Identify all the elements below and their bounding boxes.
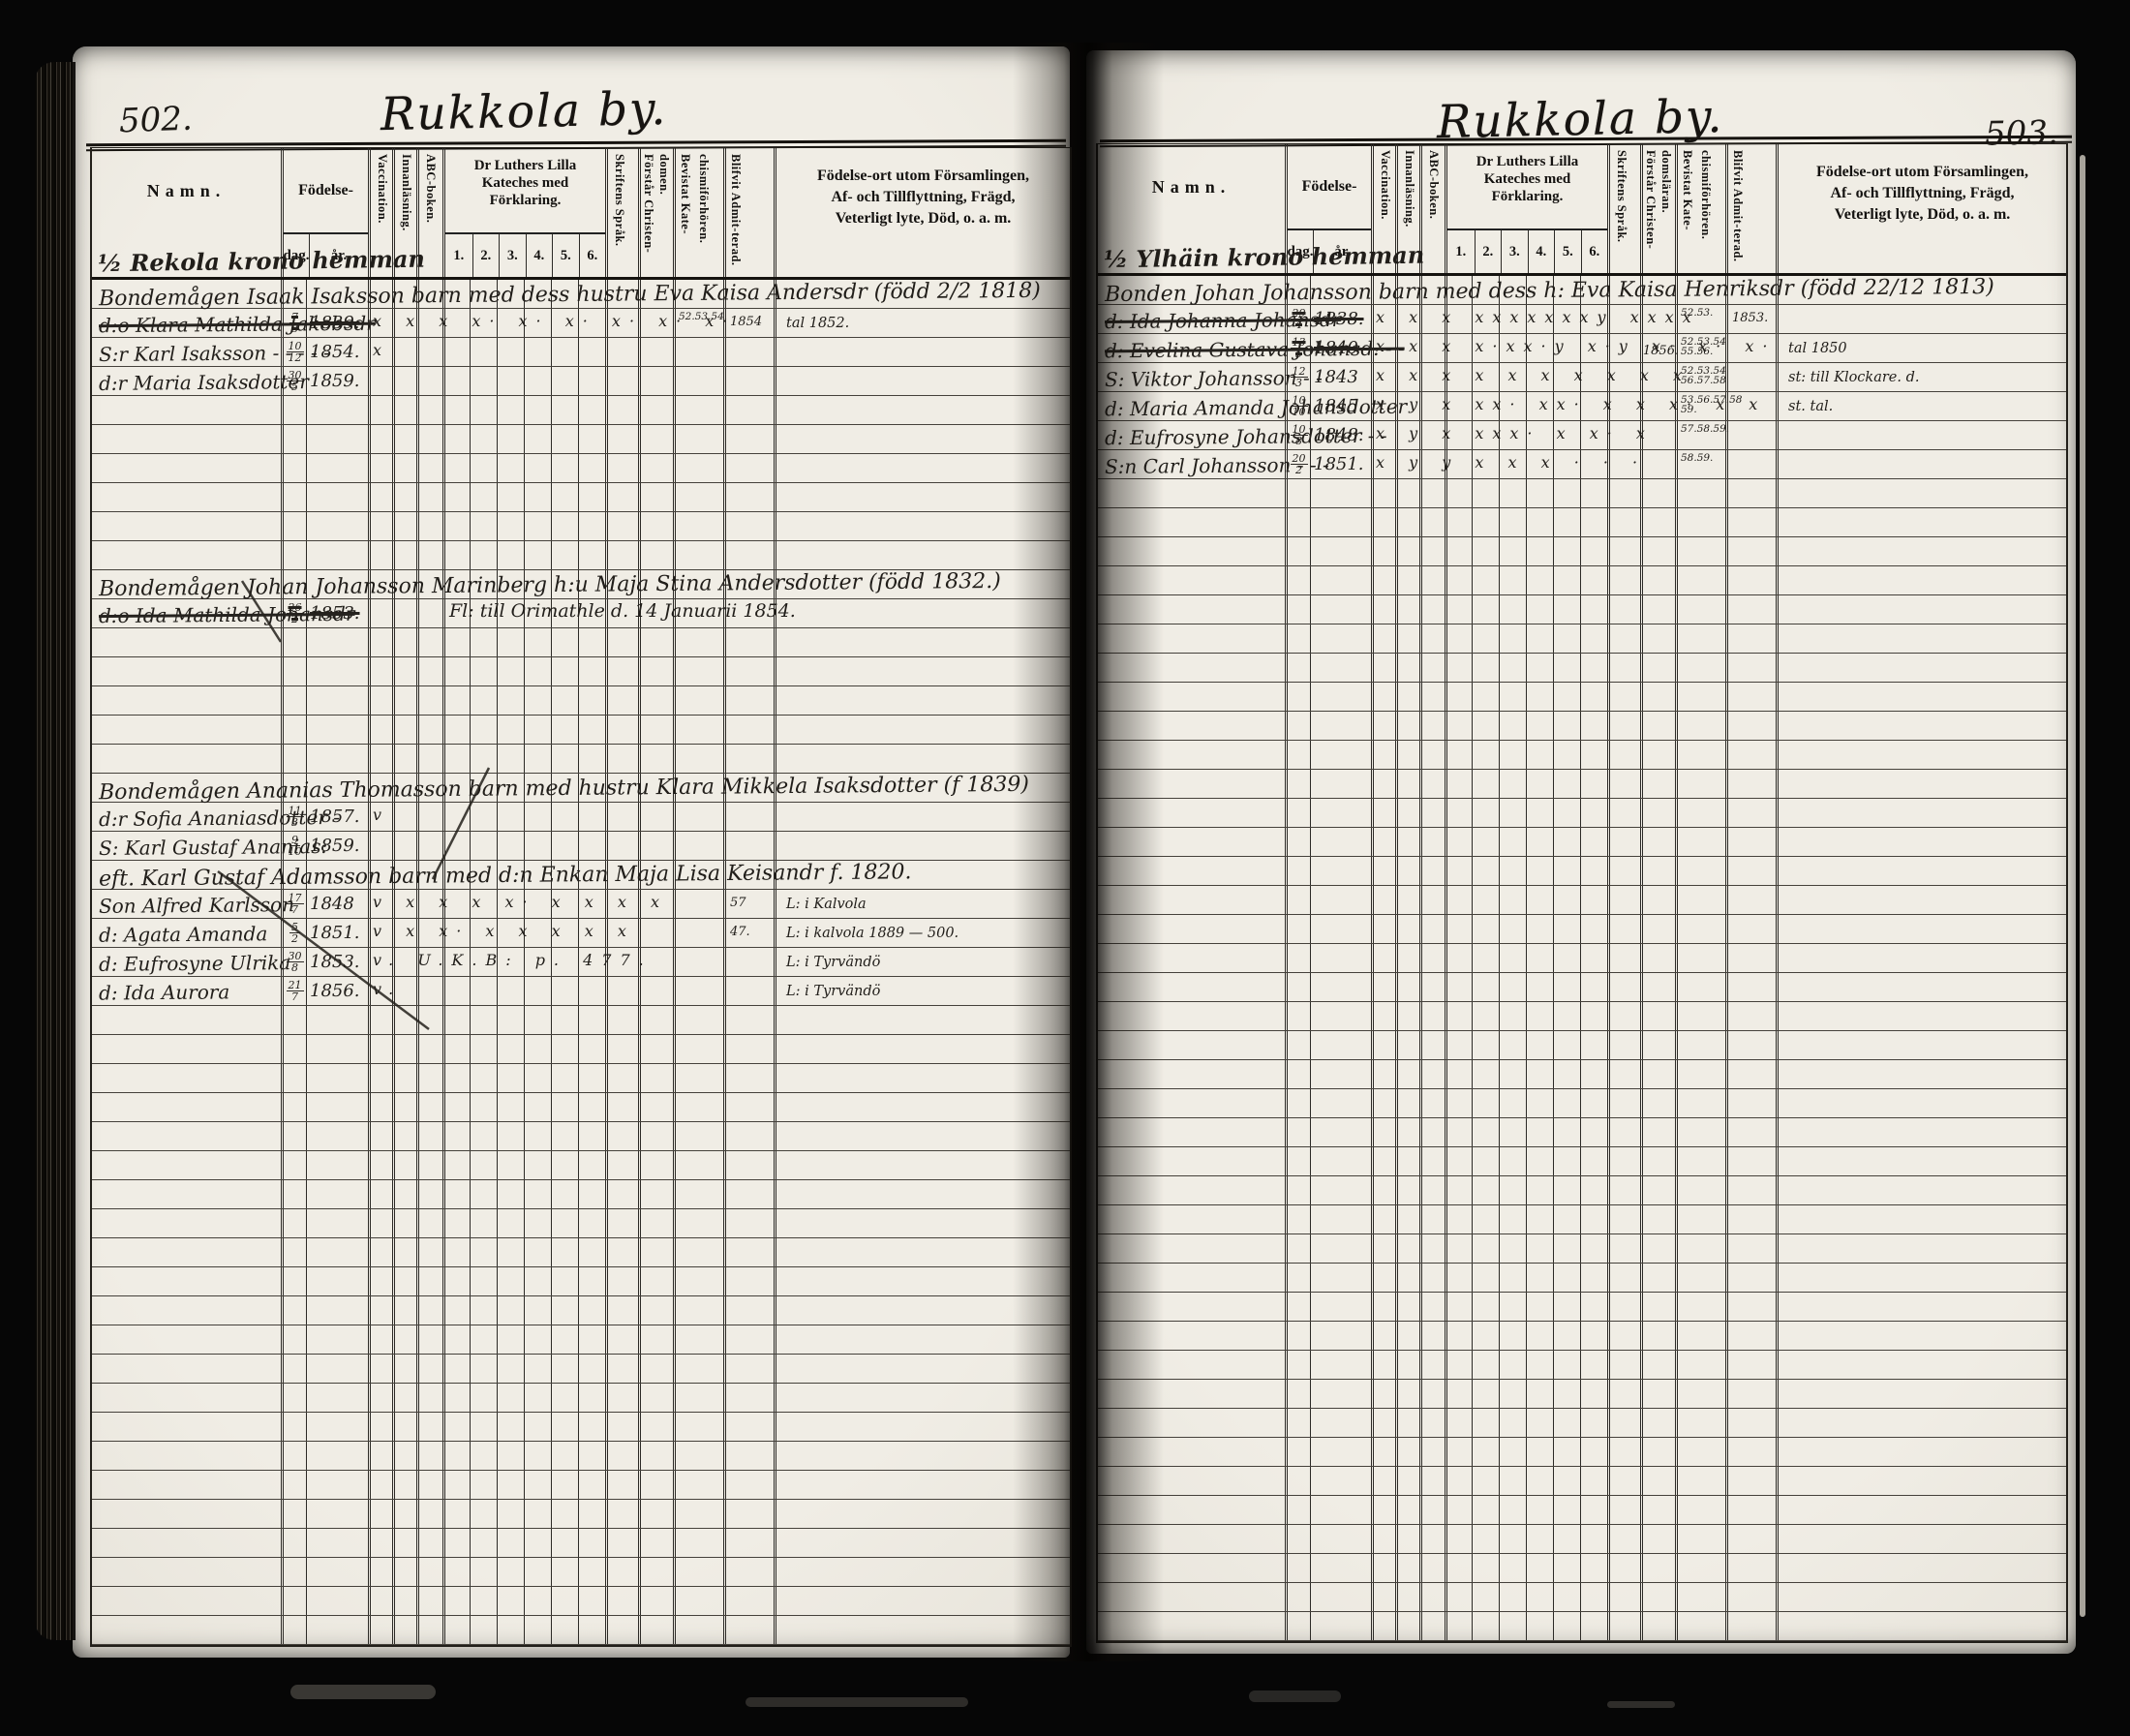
cell-ar	[306, 1355, 368, 1383]
cell-christen	[1640, 857, 1675, 885]
cell-christen	[1640, 624, 1675, 653]
fodelse-label: Födelse-	[1288, 144, 1371, 228]
cell-k2	[1472, 886, 1499, 914]
cell-name	[92, 396, 281, 424]
cell-note	[1776, 1176, 2066, 1204]
kateches-line2: Kateches med	[445, 174, 605, 192]
cell-k5	[1553, 508, 1580, 536]
cell-k2	[1472, 1002, 1499, 1030]
cell-bevistat	[673, 1355, 723, 1383]
cell-christen	[638, 1587, 673, 1615]
cell-name: d: Ida Johanna Johansdr	[1098, 305, 1285, 333]
empty-ruled-row	[1098, 741, 2066, 770]
cell-bevistat	[1675, 1147, 1725, 1175]
cell-admit	[723, 1296, 774, 1325]
cell-note	[774, 512, 1070, 540]
cell-bevistat	[673, 396, 723, 424]
scanned-register-spread: { "colors": {"background": "#060606", "p…	[0, 0, 2130, 1736]
cell-k1	[1445, 537, 1472, 565]
cell-k5	[1553, 1118, 1580, 1146]
cell-k5	[1553, 944, 1580, 972]
cell-k1	[442, 745, 470, 773]
cell-bevistat	[673, 1413, 723, 1441]
cell-name	[92, 1151, 281, 1179]
cell-dag	[1285, 654, 1310, 682]
cell-ar	[1310, 741, 1371, 769]
header-skriftens-sprak: Skriftens Språk.	[1607, 144, 1640, 273]
cell-admit	[1725, 799, 1776, 827]
cell-abc	[416, 338, 442, 366]
cell-bevistat	[1675, 1467, 1725, 1495]
cell-bevistat	[673, 1122, 723, 1150]
cell-bevistat	[673, 1325, 723, 1354]
cell-admit	[1725, 1293, 1776, 1321]
cell-bevistat	[1675, 1380, 1725, 1408]
cell-k1	[442, 367, 470, 395]
cell-christen	[638, 1064, 673, 1092]
cell-k4	[524, 628, 551, 656]
cell-vacc	[1371, 1002, 1395, 1030]
cell-admit: 57	[723, 890, 774, 918]
cell-christen	[1640, 1060, 1675, 1088]
cell-ar	[306, 716, 368, 744]
empty-ruled-row	[92, 1500, 1070, 1529]
cell-dag	[1285, 508, 1310, 536]
cell-k3	[1499, 683, 1526, 711]
cell-dag: 52	[281, 919, 306, 947]
cell-vacc	[368, 1529, 392, 1557]
cell-k1	[442, 1093, 470, 1121]
cell-innan	[392, 454, 416, 482]
cell-k3	[497, 1500, 524, 1528]
cell-ar	[1310, 683, 1371, 711]
cell-admit: 47.	[723, 919, 774, 947]
cell-ar	[306, 1180, 368, 1208]
cell-dag	[281, 1413, 306, 1441]
empty-ruled-row	[1098, 537, 2066, 566]
cell-note	[1776, 1583, 2066, 1611]
cell-name	[92, 1035, 281, 1063]
empty-ruled-row	[92, 483, 1070, 512]
cell-christen	[638, 425, 673, 453]
cell-sprak	[605, 1442, 638, 1470]
cell-christen	[638, 1006, 673, 1034]
cell-vacc	[368, 1384, 392, 1412]
cell-k5	[551, 628, 578, 656]
cell-ar	[306, 1471, 368, 1499]
cell-dag	[281, 1442, 306, 1470]
cell-k2	[470, 1238, 497, 1266]
empty-ruled-row	[92, 628, 1070, 657]
cell-k6	[1580, 770, 1607, 798]
cell-christen	[1640, 537, 1675, 565]
person-row: d:o Ida Mathilda Johansdr2621853.Fl: til…	[92, 599, 1070, 628]
cell-k3	[1499, 1612, 1526, 1640]
cell-admit	[723, 686, 774, 715]
cell-k1	[1445, 1496, 1472, 1524]
cell-innan	[392, 1500, 416, 1528]
cell-dag	[1285, 1176, 1310, 1204]
empty-ruled-row	[1098, 508, 2066, 537]
cell-k2	[1472, 1351, 1499, 1379]
cell-k3	[497, 425, 524, 453]
cell-name: d: Ida Aurora	[92, 977, 281, 1005]
cell-k1	[442, 1122, 470, 1150]
cell-innan	[392, 425, 416, 453]
empty-ruled-row	[1098, 1118, 2066, 1147]
cell-k5	[1553, 973, 1580, 1001]
cell-admit	[1725, 1234, 1776, 1263]
cell-ar	[306, 1587, 368, 1615]
cell-innan	[392, 1180, 416, 1208]
cell-dag	[1285, 1322, 1310, 1350]
empty-ruled-row	[1098, 944, 2066, 973]
cell-k5	[551, 686, 578, 715]
cell-admit	[723, 454, 774, 482]
cell-note	[774, 1035, 1070, 1063]
cell-dag	[281, 512, 306, 540]
register-table-left: Namn. ½ Rekola krono hemman Födelse- dag…	[90, 147, 1072, 1647]
cell-innan	[1395, 944, 1419, 972]
cell-bevistat	[1675, 741, 1725, 769]
cell-k1	[442, 1325, 470, 1354]
cell-vacc	[1371, 1467, 1395, 1495]
empty-ruled-row	[92, 1413, 1070, 1442]
cell-abc	[416, 686, 442, 715]
cell-k2	[470, 686, 497, 715]
cell-innan	[392, 541, 416, 569]
cell-vacc	[1371, 857, 1395, 885]
cell-name: Bonden Johan Johansson barn med dess h: …	[1098, 276, 1285, 304]
cell-name	[1098, 1351, 1285, 1379]
cell-christen	[1640, 1409, 1675, 1437]
cell-note: L: i Tyrvändö	[774, 948, 1070, 976]
cell-name	[1098, 1380, 1285, 1408]
person-row: Son Alfred Karlsson1771848v x x x x· x x…	[92, 890, 1070, 919]
cell-christen	[1640, 1118, 1675, 1146]
kateches-num-3: 3.	[499, 234, 526, 277]
cell-name	[1098, 1234, 1285, 1263]
cell-admit	[1725, 1496, 1776, 1524]
cell-innan	[1395, 1031, 1419, 1059]
cell-christen	[1640, 566, 1675, 594]
cell-k2	[1472, 828, 1499, 856]
cell-name	[1098, 1409, 1285, 1437]
cell-k5	[1553, 624, 1580, 653]
cell-christen	[638, 541, 673, 569]
cell-name	[1098, 508, 1285, 536]
kateches-line1: Dr Luthers Lilla	[445, 157, 605, 174]
cell-abc	[1419, 973, 1445, 1001]
cell-vacc	[1371, 1583, 1395, 1611]
cell-name	[1098, 828, 1285, 856]
cell-k1	[1445, 508, 1472, 536]
cell-vacc	[1371, 683, 1395, 711]
cell-k1	[442, 716, 470, 744]
cell-innan	[1395, 799, 1419, 827]
cell-name	[1098, 1176, 1285, 1204]
empty-ruled-row	[1098, 1409, 2066, 1438]
cell-note	[1776, 1525, 2066, 1553]
cell-k1	[1445, 1060, 1472, 1088]
cell-sprak	[1607, 1176, 1640, 1204]
cell-vacc	[1371, 1496, 1395, 1524]
cell-dag	[1285, 770, 1310, 798]
cell-k6	[1580, 1118, 1607, 1146]
cell-bevistat	[673, 1500, 723, 1528]
cell-innan	[392, 1442, 416, 1470]
cell-sprak	[1607, 1205, 1640, 1233]
cell-sprak	[605, 512, 638, 540]
cell-sprak	[1607, 566, 1640, 594]
cell-k6	[1580, 1293, 1607, 1321]
cell-k5	[551, 1355, 578, 1383]
cell-k5	[1553, 799, 1580, 827]
cell-ar: 1851.	[306, 919, 368, 947]
cell-dag	[281, 1006, 306, 1034]
cell-vacc	[1371, 944, 1395, 972]
cell-dag	[1285, 1234, 1310, 1263]
cell-christen	[1640, 1031, 1675, 1059]
cell-name: Bondemågen Isaak Isaksson barn med dess …	[92, 280, 281, 308]
cell-abc	[416, 1035, 442, 1063]
cell-abc	[416, 628, 442, 656]
cell-admit	[723, 1355, 774, 1383]
cell-k3	[497, 1616, 524, 1644]
cell-abc	[416, 716, 442, 744]
fodelseort-line3: Veterligt lyte, Död, o. a. m.	[1779, 204, 2066, 226]
cell-note	[774, 1442, 1070, 1470]
person-row: d: Ida Aurora2171856.v.L: i Tyrvändö	[92, 977, 1070, 1006]
cell-ar	[1310, 1147, 1371, 1175]
cell-k4	[1526, 508, 1553, 536]
cell-k1	[442, 425, 470, 453]
cell-innan	[1395, 741, 1419, 769]
cell-innan	[1395, 1554, 1419, 1582]
cell-ar	[306, 1500, 368, 1528]
cell-k5	[1553, 1147, 1580, 1175]
cell-bevistat	[1675, 1583, 1725, 1611]
cell-k1	[1445, 857, 1472, 885]
cell-name	[1098, 1438, 1285, 1466]
cell-admit	[1725, 683, 1776, 711]
cell-ar	[306, 1558, 368, 1586]
cell-dag	[281, 1238, 306, 1266]
cell-admit	[1725, 595, 1776, 624]
cell-k3	[1499, 973, 1526, 1001]
cell-k6	[1580, 566, 1607, 594]
cell-k5	[1553, 1409, 1580, 1437]
cell-admit	[723, 1587, 774, 1615]
cell-sprak	[1607, 1351, 1640, 1379]
cell-note	[774, 1180, 1070, 1208]
empty-ruled-row	[1098, 915, 2066, 944]
cell-k1	[442, 832, 470, 860]
cell-bevistat	[673, 1442, 723, 1470]
cell-k3	[497, 716, 524, 744]
cell-k6	[578, 1558, 605, 1586]
cell-name	[1098, 537, 1285, 565]
cell-k3	[497, 657, 524, 685]
cell-dag	[1285, 537, 1310, 565]
cell-k4	[524, 1616, 551, 1644]
cell-innan	[1395, 624, 1419, 653]
cell-k5	[551, 1151, 578, 1179]
person-row: S:n Carl Johansson - - -2021851.x y y x …	[1098, 450, 2066, 479]
cell-abc	[1419, 1176, 1445, 1204]
cell-dag	[281, 1122, 306, 1150]
cell-k4	[1526, 712, 1553, 740]
cell-innan	[392, 1122, 416, 1150]
cell-christen	[1640, 1380, 1675, 1408]
cell-ar	[1310, 973, 1371, 1001]
cell-abc	[1419, 683, 1445, 711]
cell-k3	[1499, 479, 1526, 507]
cell-k4	[524, 1325, 551, 1354]
cell-k5	[551, 1558, 578, 1586]
cell-christen	[1640, 1176, 1675, 1204]
cell-k1	[442, 1616, 470, 1644]
cell-abc	[1419, 1496, 1445, 1524]
cell-k4	[524, 1500, 551, 1528]
cell-christen	[638, 803, 673, 831]
cell-k1	[1445, 828, 1472, 856]
cell-k4	[1526, 1060, 1553, 1088]
cell-k2	[1472, 1118, 1499, 1146]
cell-ar	[1310, 1438, 1371, 1466]
cell-k6	[1580, 1554, 1607, 1582]
cell-k2	[1472, 479, 1499, 507]
cell-bevistat	[673, 1267, 723, 1295]
left-page: 502. Rukkola by. Namn. ½ Rekola krono he…	[73, 46, 1070, 1658]
cell-k3	[497, 1558, 524, 1586]
cell-sprak	[1607, 1060, 1640, 1088]
cell-k2	[1472, 1147, 1499, 1175]
cell-ar	[306, 1035, 368, 1063]
cell-innan	[392, 1384, 416, 1412]
cell-name	[1098, 1525, 1285, 1553]
cell-vacc	[368, 1180, 392, 1208]
cell-dag: 217	[281, 977, 306, 1005]
cell-k4	[1526, 1118, 1553, 1146]
cell-bevistat	[1675, 654, 1725, 682]
cell-innan	[1395, 1118, 1419, 1146]
cell-k6	[578, 1064, 605, 1092]
cell-sprak	[605, 1296, 638, 1325]
cell-abc	[1419, 1060, 1445, 1088]
cell-k1	[1445, 1351, 1472, 1379]
cell-dag	[1285, 1002, 1310, 1030]
cell-ar	[1310, 1118, 1371, 1146]
empty-ruled-row	[92, 454, 1070, 483]
cell-name	[92, 1587, 281, 1615]
kateches-num-2: 2.	[472, 234, 500, 277]
cell-k4	[524, 454, 551, 482]
cell-bevistat	[1675, 1525, 1725, 1553]
cell-dag	[281, 628, 306, 656]
cell-bevistat	[1675, 566, 1725, 594]
cell-christen	[1640, 1612, 1675, 1640]
cell-admit	[723, 948, 774, 976]
empty-ruled-row	[1098, 712, 2066, 741]
cell-dag	[281, 1471, 306, 1499]
header-bevistat-katechismiforhoren: Bevistat Kate-chismiförhören.	[1675, 144, 1725, 273]
cell-vacc	[368, 1500, 392, 1528]
cell-k5	[551, 1209, 578, 1237]
cell-abc	[1419, 886, 1445, 914]
cell-bevistat	[1675, 1089, 1725, 1117]
cell-bevistat: 58.59.	[1675, 450, 1725, 478]
cell-k6	[578, 1529, 605, 1557]
cell-k3	[1499, 1467, 1526, 1495]
cell-sprak	[1607, 595, 1640, 624]
cell-k5	[1553, 1264, 1580, 1292]
cell-dag	[1285, 857, 1310, 885]
cell-k1	[1445, 1031, 1472, 1059]
cell-k1	[442, 338, 470, 366]
cell-note	[1776, 1264, 2066, 1292]
empty-ruled-row	[1098, 1496, 2066, 1525]
cell-bevistat	[673, 512, 723, 540]
cell-abc	[416, 1616, 442, 1644]
cell-k6	[578, 686, 605, 715]
cell-dag	[1285, 479, 1310, 507]
cell-vacc	[1371, 624, 1395, 653]
cell-abc	[416, 1413, 442, 1441]
cell-abc	[416, 512, 442, 540]
empty-ruled-row	[92, 716, 1070, 745]
cell-abc	[416, 657, 442, 685]
cell-sprak	[605, 1180, 638, 1208]
cell-innan	[392, 1006, 416, 1034]
cell-k5	[551, 1238, 578, 1266]
cell-christen	[1640, 915, 1675, 943]
cell-k4	[524, 1006, 551, 1034]
cell-k5	[551, 745, 578, 773]
cell-ar	[306, 745, 368, 773]
cell-k5	[1553, 1380, 1580, 1408]
cell-name	[92, 1442, 281, 1470]
kateches-numbers: 1. 2. 3. 4. 5. 6.	[1447, 228, 1607, 273]
cell-k6	[578, 832, 605, 860]
cell-vacc	[1371, 1438, 1395, 1466]
empty-ruled-row	[1098, 683, 2066, 712]
cell-sprak	[605, 1616, 638, 1644]
cell-dag	[1285, 1380, 1310, 1408]
cell-k2	[470, 977, 497, 1005]
cell-name	[1098, 1264, 1285, 1292]
cell-k4	[1526, 1031, 1553, 1059]
cell-name	[92, 1384, 281, 1412]
person-row: d: Agata Amanda521851.v x x· x x x x x47…	[92, 919, 1070, 948]
cell-k6	[578, 1209, 605, 1237]
cell-christen	[638, 716, 673, 744]
cell-ar	[1310, 915, 1371, 943]
cell-k6	[578, 1384, 605, 1412]
cell-k6	[1580, 1205, 1607, 1233]
empty-ruled-row	[92, 1180, 1070, 1209]
cell-admit	[723, 1442, 774, 1470]
cell-k4	[1526, 886, 1553, 914]
cell-abc	[416, 1296, 442, 1325]
cell-k2	[1472, 595, 1499, 624]
cell-k6	[1580, 1322, 1607, 1350]
cell-name	[92, 1006, 281, 1034]
cell-k5	[1553, 712, 1580, 740]
cell-abc	[1419, 915, 1445, 943]
cell-k3	[497, 367, 524, 395]
kateches-num-4: 4.	[1528, 230, 1555, 273]
